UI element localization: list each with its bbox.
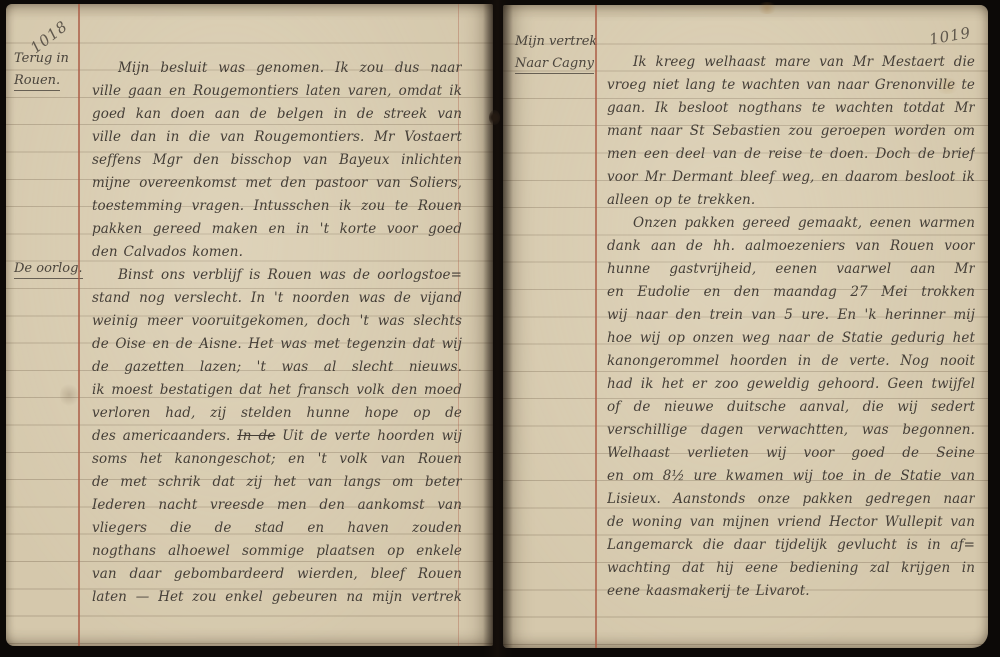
handwritten-line: de met schrik dat zij het van langs om b…	[92, 471, 462, 494]
handwritten-line: verschillige dagen verwachtten, was bego…	[607, 419, 975, 442]
handwritten-line: ik moest bestatigen dat het fransch volk…	[92, 379, 462, 402]
handwritten-line: men een deel van de reise te doen. Doch …	[607, 143, 975, 166]
handwritten-line: de gazetten lazen; 't was al slecht nieu…	[92, 356, 462, 379]
handwritten-line: gaan. Ik besloot nogthans te wachten tot…	[607, 97, 975, 120]
handwritten-line: den Calvados komen.	[92, 241, 462, 264]
handwritten-line: van daar gebombardeerd wierden, bleef Ro…	[92, 563, 462, 586]
margin-note-line-underlined: De oorlog.	[14, 259, 83, 279]
notebook-page-right: 1019 Mijn vertrek Naar Cagny Ik kreeg we…	[503, 5, 988, 648]
handwritten-line: hunne gastvrijheid, eenen vaarwel aan Mr…	[607, 258, 975, 281]
handwritten-line: weinig meer vooruitgekomen, doch 't was …	[92, 310, 462, 333]
handwritten-line: Lisieux. Aanstonds onze pakken gedregen …	[607, 488, 975, 511]
page-number-right: 1019	[928, 23, 973, 48]
handwritten-line: Mijn besluit was genomen. Ik zou dus naa…	[92, 57, 462, 80]
handwritten-line: Ik kreeg welhaast mare van Mr Mestaert d…	[607, 51, 975, 74]
handwritten-line: ville dan in die van Rougemontiers. Mr V…	[92, 126, 462, 149]
ink-blot	[489, 110, 500, 125]
handwritten-line: Welhaast verlieten wij voor goed de Sein…	[607, 442, 975, 465]
handwritten-line: mijne overeenkomst met den pastoor van S…	[92, 172, 462, 195]
handwritten-line: vroeg niet lang te wachten van naar Gren…	[607, 74, 975, 97]
handwritten-line: kanongerommel hoorden in de verte. Nog n…	[607, 350, 975, 373]
notebook-page-left: 1018 Terug in Rouen. De oorlog. Mijn bes…	[6, 4, 493, 646]
handwritten-line: Onzen pakken gereed gemaakt, eenen warme…	[607, 212, 975, 235]
handwritten-line: Langemarck die daar tijdelijk gevlucht i…	[607, 534, 975, 557]
margin-rule-line	[78, 4, 80, 646]
handwritten-line: dank aan de hh. aalmoezeniers van Rouen …	[607, 235, 975, 258]
handwritten-line: laten — Het zou enkel gebeuren na mijn v…	[92, 586, 462, 609]
margin-note-naar-cagny: Mijn vertrek Naar Cagny	[515, 31, 601, 77]
handwritten-line: ville gaan en Rougemontiers laten varen,…	[92, 80, 462, 103]
handwritten-line: pakken gereed maken en in 't korte voor …	[92, 218, 462, 241]
handwritten-line: Iederen nacht vreesde men den aankomst v…	[92, 494, 462, 517]
handwritten-line: verloren had, zij stelden hunne hope op …	[92, 402, 462, 425]
handwritten-line: hoe wij op onzen weg naar de Statie gedu…	[607, 327, 975, 350]
handwritten-line: des americaanders. In de Uit de verte ho…	[92, 425, 462, 448]
handwritten-line: en Eudolie en den maandag 27 Mei trokken	[607, 281, 975, 304]
handwritten-text-right: Ik kreeg welhaast mare van Mr Mestaert d…	[607, 51, 975, 603]
notebook-scan: 1018 Terug in Rouen. De oorlog. Mijn bes…	[0, 0, 1000, 657]
handwritten-line: mant naar St Sebastien zou geroepen word…	[607, 120, 975, 143]
handwritten-line: de Oise en de Aisne. Het was met tegenzi…	[92, 333, 462, 356]
handwritten-line: vliegers die de stad en haven zouden bom…	[92, 517, 462, 540]
margin-note-line: Terug in	[14, 48, 80, 70]
handwritten-line: of de nieuwe duitsche aanval, die wij se…	[607, 396, 975, 419]
handwritten-line: Binst ons verblijf is Rouen was de oorlo…	[92, 264, 462, 287]
handwritten-line: alleen op te trekken.	[607, 189, 975, 212]
margin-rule-line	[595, 5, 597, 648]
handwritten-line: soms het kanongeschot; en 't volk van Ro…	[92, 448, 462, 471]
margin-note-line-underlined: Naar Cagny	[515, 54, 594, 74]
handwritten-line: stand nog verslecht. In 't noorden was d…	[92, 287, 462, 310]
handwritten-line: wij naar den trein van 5 ure. En 'k heri…	[607, 304, 975, 327]
handwritten-line: eene kaasmakerij te Livarot.	[607, 580, 975, 603]
handwritten-line: voor Mr Dermant bleef weg, en daarom bes…	[607, 166, 975, 189]
handwritten-line: toestemming vragen. Intusschen ik zou te…	[92, 195, 462, 218]
margin-note-line: Mijn vertrek	[515, 31, 601, 53]
handwritten-line: goed kan doen aan de belgen in de streek…	[92, 103, 462, 126]
handwritten-line: de woning van mijnen vriend Hector Wulle…	[607, 511, 975, 534]
handwritten-line: seffens Mgr den bisschop van Bayeux inli…	[92, 149, 462, 172]
handwritten-line: wachting dat hij eene bediening zal krij…	[607, 557, 975, 580]
margin-note-terug-in-rouen: Terug in Rouen.	[14, 48, 80, 94]
margin-note-line-underlined: Rouen.	[14, 71, 60, 91]
handwritten-text-left: Mijn besluit was genomen. Ik zou dus naa…	[92, 57, 462, 609]
margin-note-de-oorlog: De oorlog.	[14, 258, 84, 282]
handwritten-line: en om 8½ ure kwamen wij toe in de Statie…	[607, 465, 975, 488]
struck-through-text: In de	[237, 428, 275, 444]
handwritten-line: nogthans alhoewel sommige plaatsen op en…	[92, 540, 462, 563]
handwritten-line: had ik het er zoo geweldig gehoord. Geen…	[607, 373, 975, 396]
